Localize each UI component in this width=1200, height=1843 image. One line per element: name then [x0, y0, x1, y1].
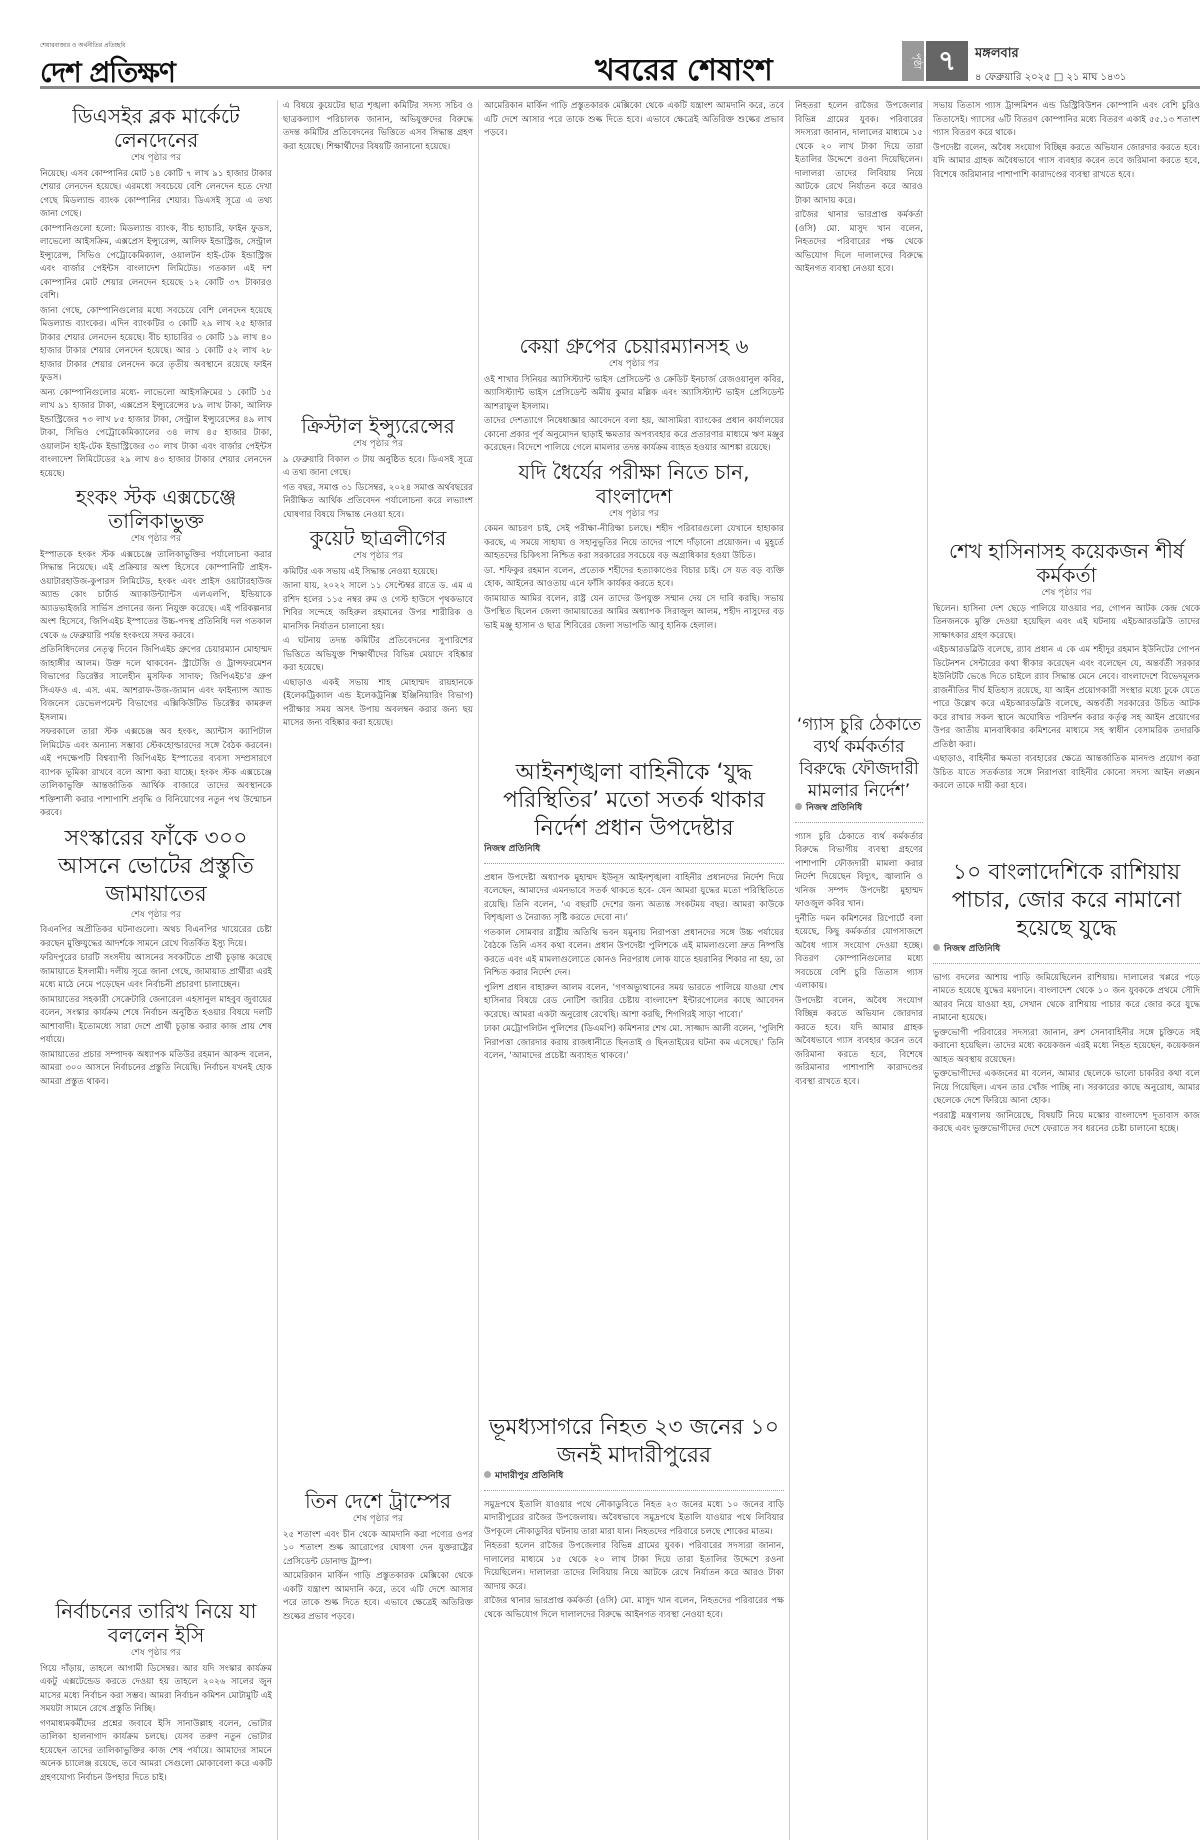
paragraph: নিহতরা হলেন রাজৈর উপজেলার বিভিন্ন গ্রামে…	[484, 1540, 784, 1594]
paragraph: ফরিদপুরের চারটি সংসদীয় আসনের সবকটিতে প্…	[40, 952, 272, 993]
headline: ভূমধ্যসাগরে নিহত ২৩ জনের ১০ জনই মাদারীপু…	[484, 1414, 784, 1470]
paragraph: ভাগ্য বদলের আশায় পাড়ি জমিয়েছিলেন রাশি…	[933, 972, 1200, 1026]
byline-text: মাদারীপুর প্রতিনিধি	[495, 1471, 563, 1481]
continued-text: নিহতরা হলেন রাজৈর উপজেলার বিভিন্ন গ্রামে…	[795, 100, 923, 710]
continued-label: শেষ পৃষ্ঠার পর	[283, 438, 473, 452]
headline: কুয়েট ছাত্রলীগের	[283, 526, 473, 550]
paragraph: গিয়ে দাঁড়ায়, তাহলে আগামী ডিসেম্বর। আর…	[40, 1663, 272, 1717]
paragraph: জামায়াতের সহকারী সেক্রেটারি জেনারেল এহস…	[40, 994, 272, 1048]
headline: সংস্কারের ফাঁকে ৩০০ আসনে ভোটের প্রস্তুতি…	[40, 825, 272, 909]
paragraph: আমেরিকান মার্কিন গাড়ি প্রস্তুতকারক মেক্…	[283, 1570, 473, 1624]
paragraph: জানা গেছে, কোম্পানিগুলোর মধ্যে সবচেয়ে ব…	[40, 305, 272, 386]
section-title: খবরের শেষাংশ	[595, 46, 773, 97]
paragraph: ছিলেন। হাসিনা দেশ ছেড়ে পালিয়ে যাওয়ার …	[933, 603, 1200, 644]
logo-name: দেশ প্রতিক্ষণ	[40, 56, 175, 89]
headline: যদি ধৈর্যের পরীক্ষা নিতে চান, বাংলাদেশ	[484, 460, 784, 508]
paragraph: ডা. শফিকুর রহমান বলেন, প্রত্যেক শহীদের হ…	[484, 565, 784, 592]
headline: ক্রিস্টাল ইন্স্যুরেন্সের	[283, 414, 473, 438]
masthead-rule	[40, 86, 1200, 89]
column-divider	[478, 100, 479, 1840]
paragraph: এছাড়াও, বাহিনীর ক্ষমতা ব্যবহারের ক্ষেত্…	[933, 753, 1200, 794]
article-trump-three-countries: তিন দেশে ট্রাম্পের শেষ পৃষ্ঠার পর ২৫ শতা…	[283, 1485, 473, 1625]
article-kuet-chhatraleague: কুয়েট ছাত্রলীগের শেষ পৃষ্ঠার পর কমিটির …	[283, 526, 473, 731]
paragraph: ২৫ শতাংশ এবং চীন থেকে আমদানি করা পণ্যের …	[283, 1529, 473, 1570]
bullet-icon	[484, 1471, 491, 1478]
article-jamaat-300-seats: সংস্কারের ফাঁকে ৩০০ আসনে ভোটের প্রস্তুতি…	[40, 825, 272, 1090]
paragraph: কমিটির এক সভায় এই সিদ্ধান্ত নেওয়া হয়ে…	[283, 566, 473, 580]
paragraph: গ্যাস চুরি ঠেকাতে ব্যর্থ কর্মকর্তার বিরু…	[795, 831, 923, 912]
article-patience-test: যদি ধৈর্যের পরীক্ষা নিতে চান, বাংলাদেশ শ…	[484, 460, 784, 634]
paragraph: কেমন আচরণ চাই, সেই পরীক্ষা-নীরিক্ষা চলছে…	[484, 523, 784, 564]
paragraph: ঢাকা মেট্রোপলিটন পুলিশের (ডিএমপি) কমিশনা…	[484, 1023, 784, 1064]
paragraph: সফরকালে তারা স্টক এক্সচেঞ্জ অব হংকং, অ্য…	[40, 726, 272, 821]
paragraph: পররাষ্ট্র মন্ত্রণালয় জানিয়েছে, বিষয়টি…	[933, 1110, 1200, 1137]
date-block: মঙ্গলবার ৪ ফেব্রুয়ারি ২০২৫ □ ২১ মাঘ ১৪৩…	[975, 44, 1126, 87]
column-3: আমেরিকান মার্কিন গাড়ি প্রস্তুতকারক মেক্…	[484, 100, 784, 1840]
paragraph: ইস্পাতকে হংকং স্টক এক্সচেঞ্জে তালিকাভুক্…	[40, 549, 272, 644]
article-mediterranean-deaths: ভূমধ্যসাগরে নিহত ২৩ জনের ১০ জনই মাদারীপু…	[484, 1410, 784, 1623]
article-dse-block-market: ডিএসইর ব্লক মার্কেটে লেনদেনের শেষ পৃষ্ঠা…	[40, 104, 272, 481]
paragraph: বিএনপির অপ্রীতিকর ঘটনাগুলো। অথচ বিএনপির …	[40, 924, 272, 951]
bullet-icon	[795, 803, 802, 810]
article-keya-group: কেয়া গ্রুপের চেয়ারম্যানসহ ৬ শেষ পৃষ্ঠা…	[484, 334, 784, 456]
paragraph: ওই শাখার সিনিয়র অ্যাসিস্ট্যান্ট ভাইস প্…	[484, 374, 784, 415]
headline: তিন দেশে ট্রাম্পের	[283, 1489, 473, 1513]
column-5: সভায় তিতাস গ্যাস ট্রান্সমিশন এন্ড ডিস্ট…	[933, 100, 1200, 1840]
paragraph: উপদেষ্টা বলেন, অবৈধ সংযোগ বিচ্ছিন্ন করতে…	[795, 995, 923, 1090]
headline: কেয়া গ্রুপের চেয়ারম্যানসহ ৬	[484, 334, 784, 358]
paragraph: গণমাধ্যমকর্মীদের প্রশ্নের জবাবে ইসি সানা…	[40, 1718, 272, 1786]
continued-label: শেষ পৃষ্ঠার পর	[40, 1647, 272, 1661]
paragraph: এছাড়াও একই সভায় শাহ মোহাম্মদ রায়হানকে…	[283, 677, 473, 731]
weekday: মঙ্গলবার	[975, 44, 1126, 65]
column-2: এ বিষয়ে কুয়েটের ছাত্র শৃঙ্খলা কমিটির স…	[283, 100, 473, 1840]
paragraph: এ বিষয়ে কুয়েটের ছাত্র শৃঙ্খলা কমিটির স…	[283, 100, 473, 154]
headline: আইনশৃঙ্খলা বাহিনীকে ‘যুদ্ধ পরিস্থিতির’ ম…	[484, 759, 784, 843]
paragraph: গতকাল সোমবার রাষ্ট্রীয় অতিথি ভবন যমুনায…	[484, 927, 784, 981]
paragraph: উপদেষ্টা বলেন, অবৈধ সংযোগ বিচ্ছিন্ন করতে…	[933, 142, 1200, 183]
paragraph: নিয়েছে। এসব কোম্পানির মোট ১৪ কোটি ৭ লাখ…	[40, 168, 272, 222]
article-ec-election-date: নির্বাচনের তারিখ নিয়ে যা বললেন ইসি শেষ …	[40, 1595, 272, 1786]
article-crystal-insurance: ক্রিস্টাল ইন্স্যুরেন্সের শেষ পৃষ্ঠার পর …	[283, 414, 473, 522]
byline: নিজস্ব প্রতিনিধি	[933, 943, 1200, 964]
page-label: পৃষ্ঠা	[902, 41, 924, 81]
headline: ডিএসইর ব্লক মার্কেটে লেনদেনের	[40, 104, 272, 152]
continued-label: শেষ পৃষ্ঠার পর	[283, 1513, 473, 1527]
headline: হংকং স্টক এক্সচেঞ্জে তালিকাভুক্ত	[40, 485, 272, 533]
column-divider	[789, 100, 790, 1840]
paragraph: প্রতিনিধিদলের নেতৃত্ব দিবেন জিপিএইচ গ্রু…	[40, 644, 272, 725]
paragraph: তাদের দেশত্যাগে নিষেধাজ্ঞার আবেদনে বলা হ…	[484, 415, 784, 456]
continued-label: শেষ পৃষ্ঠার পর	[40, 533, 272, 547]
column-1: ডিএসইর ব্লক মার্কেটে লেনদেনের শেষ পৃষ্ঠা…	[40, 100, 272, 1840]
newspaper-logo: শেয়ারবাজার ও অর্থনীতির প্রতিচ্ছবি দেশ প…	[40, 40, 175, 98]
paragraph: জামায়াত আমির বলেন, রাষ্ট্র যেন তাদের উপ…	[484, 593, 784, 634]
headline: নির্বাচনের তারিখ নিয়ে যা বললেন ইসি	[40, 1599, 272, 1647]
issue-date: ৪ ফেব্রুয়ারি ২০২৫ □ ২১ মাঘ ১৪৩১	[975, 72, 1126, 83]
headline: শেখ হাসিনাসহ কয়েকজন শীর্ষ কর্মকর্তা	[933, 539, 1200, 587]
paragraph: আমেরিকান মার্কিন গাড়ি প্রস্তুতকারক মেক্…	[484, 100, 784, 141]
paragraph: এইচআরডব্লিউ বলেছে, র‌্যাব প্রধান এ কে এম…	[933, 644, 1200, 752]
paragraph: জানা যায়, ২০২২ সালে ১১ সেপ্টেম্বর রাতে …	[283, 580, 473, 634]
article-law-enforcement-war-alert: আইনশৃঙ্খলা বাহিনীকে ‘যুদ্ধ পরিস্থিতির’ ম…	[484, 755, 784, 1065]
masthead: শেয়ারবাজার ও অর্থনীতির প্রতিচ্ছবি দেশ প…	[40, 40, 1200, 90]
paragraph: ৯ ফেব্রুয়ারি বিকাল ৩ টায় অনুষ্ঠিত হবে।…	[283, 454, 473, 481]
paragraph: ভুক্তভোগী পরিবারের সদস্যরা জানান, রুশ সে…	[933, 1027, 1200, 1068]
byline-text: নিজস্ব প্রতিনিধি	[484, 844, 540, 854]
logo-tagline: শেয়ারবাজার ও অর্থনীতির প্রতিচ্ছবি	[40, 40, 175, 51]
headline: ১০ বাংলাদেশিকে রাশিয়ায় পাচার, জোর করে …	[933, 859, 1200, 943]
byline-text: নিজস্ব প্রতিনিধি	[806, 803, 862, 813]
continued-text: আমেরিকান মার্কিন গাড়ি প্রস্তুতকারক মেক্…	[484, 100, 784, 330]
continued-text: সভায় তিতাস গ্যাস ট্রান্সমিশন এন্ড ডিস্ট…	[933, 100, 1200, 535]
continued-label: শেষ পৃষ্ঠার পর	[283, 550, 473, 564]
paragraph: রাজৈর থানার ভারপ্রাপ্ত কর্মকর্তা (ওসি) ম…	[484, 1595, 784, 1622]
continued-label: শেষ পৃষ্ঠার পর	[933, 587, 1200, 601]
paragraph: ভুক্তভোগীদের একজনের মা বলেন, আমার ছেলেকে…	[933, 1068, 1200, 1109]
paragraph: রাজৈর থানার ভারপ্রাপ্ত কর্মকর্তা (ওসি) ম…	[795, 209, 923, 277]
paragraph: গত বছর, সমাপ্ত ৩১ ডিসেম্বর, ২০২৪ সমাপ্ত …	[283, 482, 473, 523]
paragraph: এ ঘটনায় তদন্ত কমিটির প্রতিবেদনের সুপারি…	[283, 635, 473, 676]
continued-label: শেষ পৃষ্ঠার পর	[40, 152, 272, 166]
byline: নিজস্ব প্রতিনিধি	[795, 802, 923, 823]
column-divider	[927, 100, 928, 1840]
continued-label: শেষ পৃষ্ঠার পর	[484, 358, 784, 372]
paragraph: নিহতরা হলেন রাজৈর উপজেলার বিভিন্ন গ্রামে…	[795, 100, 923, 208]
byline-text: নিজস্ব প্রতিনিধি	[944, 944, 1000, 954]
byline: মাদারীপুর প্রতিনিধি	[484, 1470, 784, 1491]
column-4: নিহতরা হলেন রাজৈর উপজেলার বিভিন্ন গ্রামে…	[795, 100, 923, 1840]
article-hasina-top-officials: শেখ হাসিনাসহ কয়েকজন শীর্ষ কর্মকর্তা শেষ…	[933, 539, 1200, 794]
paragraph: প্রধান উপদেষ্টা অধ্যাপক মুহাম্মদ ইউনূস আ…	[484, 872, 784, 926]
continued-label: শেষ পৃষ্ঠার পর	[40, 909, 272, 923]
paragraph: সভায় তিতাস গ্যাস ট্রান্সমিশন এন্ড ডিস্ট…	[933, 100, 1200, 141]
page-number: ৭	[926, 41, 968, 81]
article-hongkong-listing: হংকং স্টক এক্সচেঞ্জে তালিকাভুক্ত শেষ পৃষ…	[40, 485, 272, 821]
paragraph: কোম্পানিগুলো হলো: মিডল্যান্ড ব্যাংক, বীচ…	[40, 223, 272, 304]
article-gas-theft: ‘গ্যাস চুরি ঠেকাতে ব্যর্থ কর্মকর্তার বির…	[795, 714, 923, 1089]
paragraph: জামায়াতের প্রচার সম্পাদক অধ্যাপক মতিউর …	[40, 1049, 272, 1090]
paragraph: অন্য কোম্পানিগুলোর মধ্যে- লাভেলো আইসক্রি…	[40, 387, 272, 482]
paragraph: দুর্নীতি দমন কমিশনের রিপোর্টে বলা হয়েছে…	[795, 913, 923, 994]
article-russia-trafficking: ১০ বাংলাদেশিকে রাশিয়ায় পাচার, জোর করে …	[933, 855, 1200, 1138]
column-divider	[277, 100, 278, 1840]
headline: ‘গ্যাস চুরি ঠেকাতে ব্যর্থ কর্মকর্তার বির…	[795, 714, 923, 802]
paragraph: সমুদ্রপথে ইতালি যাওয়ার পথে নৌকাডুবিতে ন…	[484, 1499, 784, 1540]
continued-text: এ বিষয়ে কুয়েটের ছাত্র শৃঙ্খলা কমিটির স…	[283, 100, 473, 410]
paragraph: পুলিশ প্রধান বাহারুল আলম বলেন, ‘গণঅভ্যুত…	[484, 982, 784, 1023]
byline: নিজস্ব প্রতিনিধি	[484, 843, 784, 864]
continued-label: শেষ পৃষ্ঠার পর	[484, 508, 784, 522]
bullet-icon	[933, 944, 940, 951]
